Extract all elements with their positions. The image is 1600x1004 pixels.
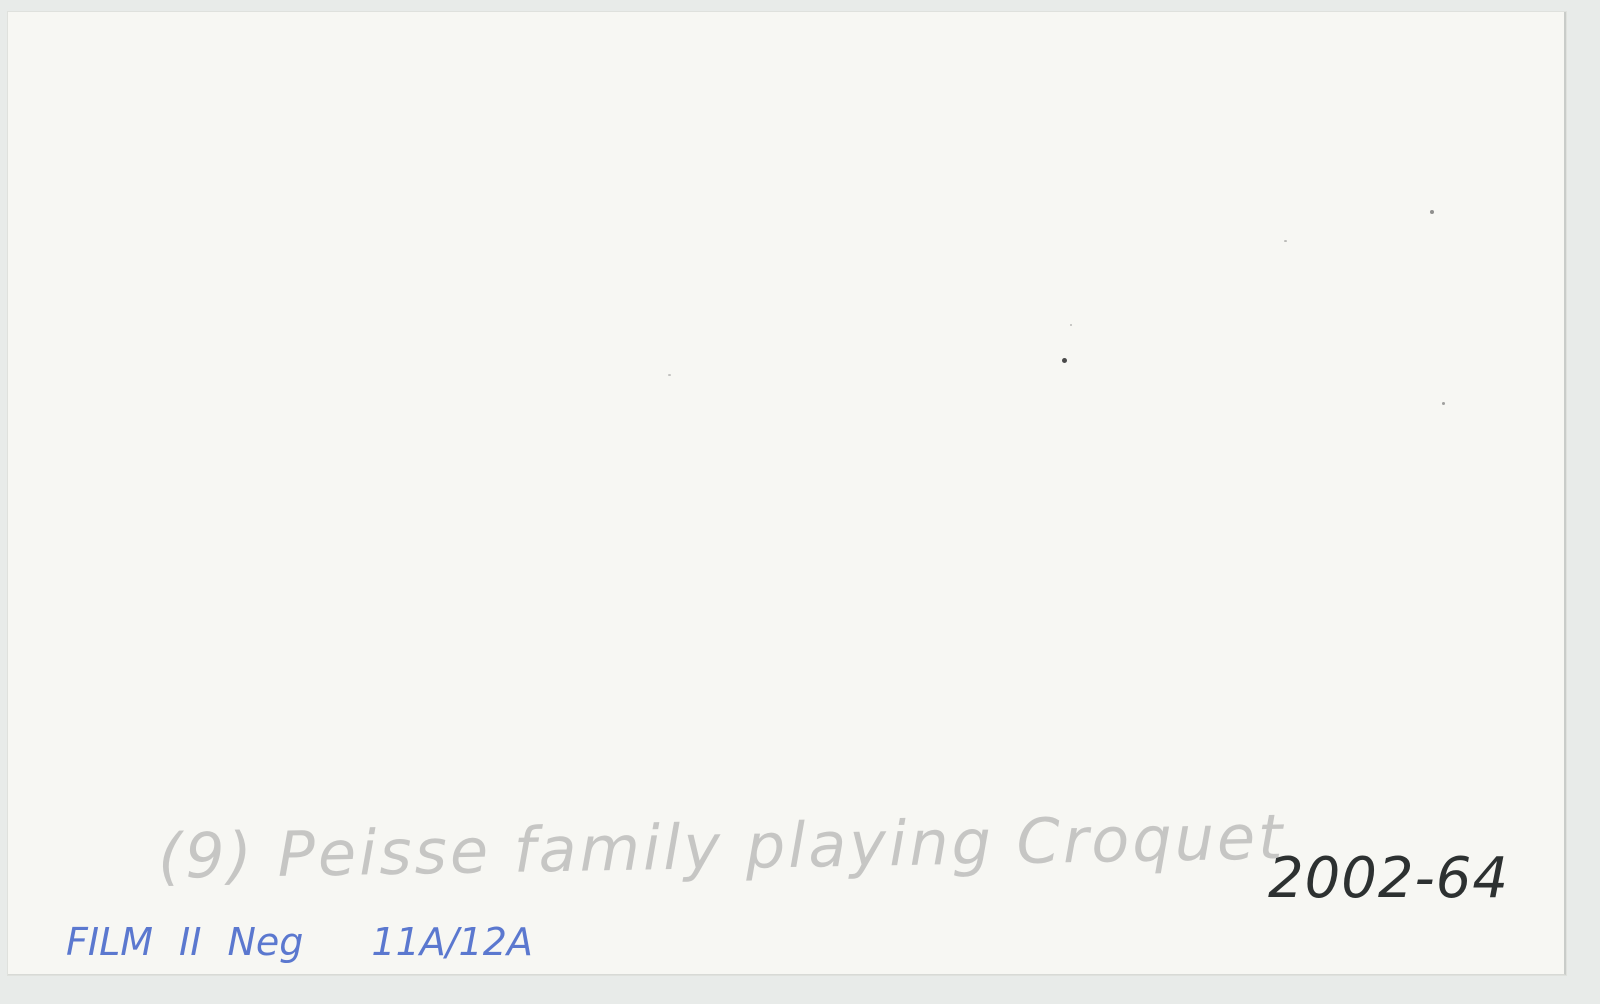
dust-speck xyxy=(1062,358,1067,363)
dust-speck xyxy=(1070,324,1072,326)
film-note: FILM II Neg 11A/12A xyxy=(66,920,533,964)
accession-number: 2002-64 xyxy=(1268,846,1509,911)
dust-speck xyxy=(1430,210,1434,214)
dust-speck xyxy=(1442,402,1445,405)
dust-speck xyxy=(668,374,671,376)
film-label: FILM xyxy=(66,920,153,964)
dust-speck xyxy=(1284,240,1287,242)
film-neg-label: Neg xyxy=(227,920,303,964)
film-frames: 11A/12A xyxy=(371,920,533,964)
film-roman-numeral: II xyxy=(179,920,201,964)
